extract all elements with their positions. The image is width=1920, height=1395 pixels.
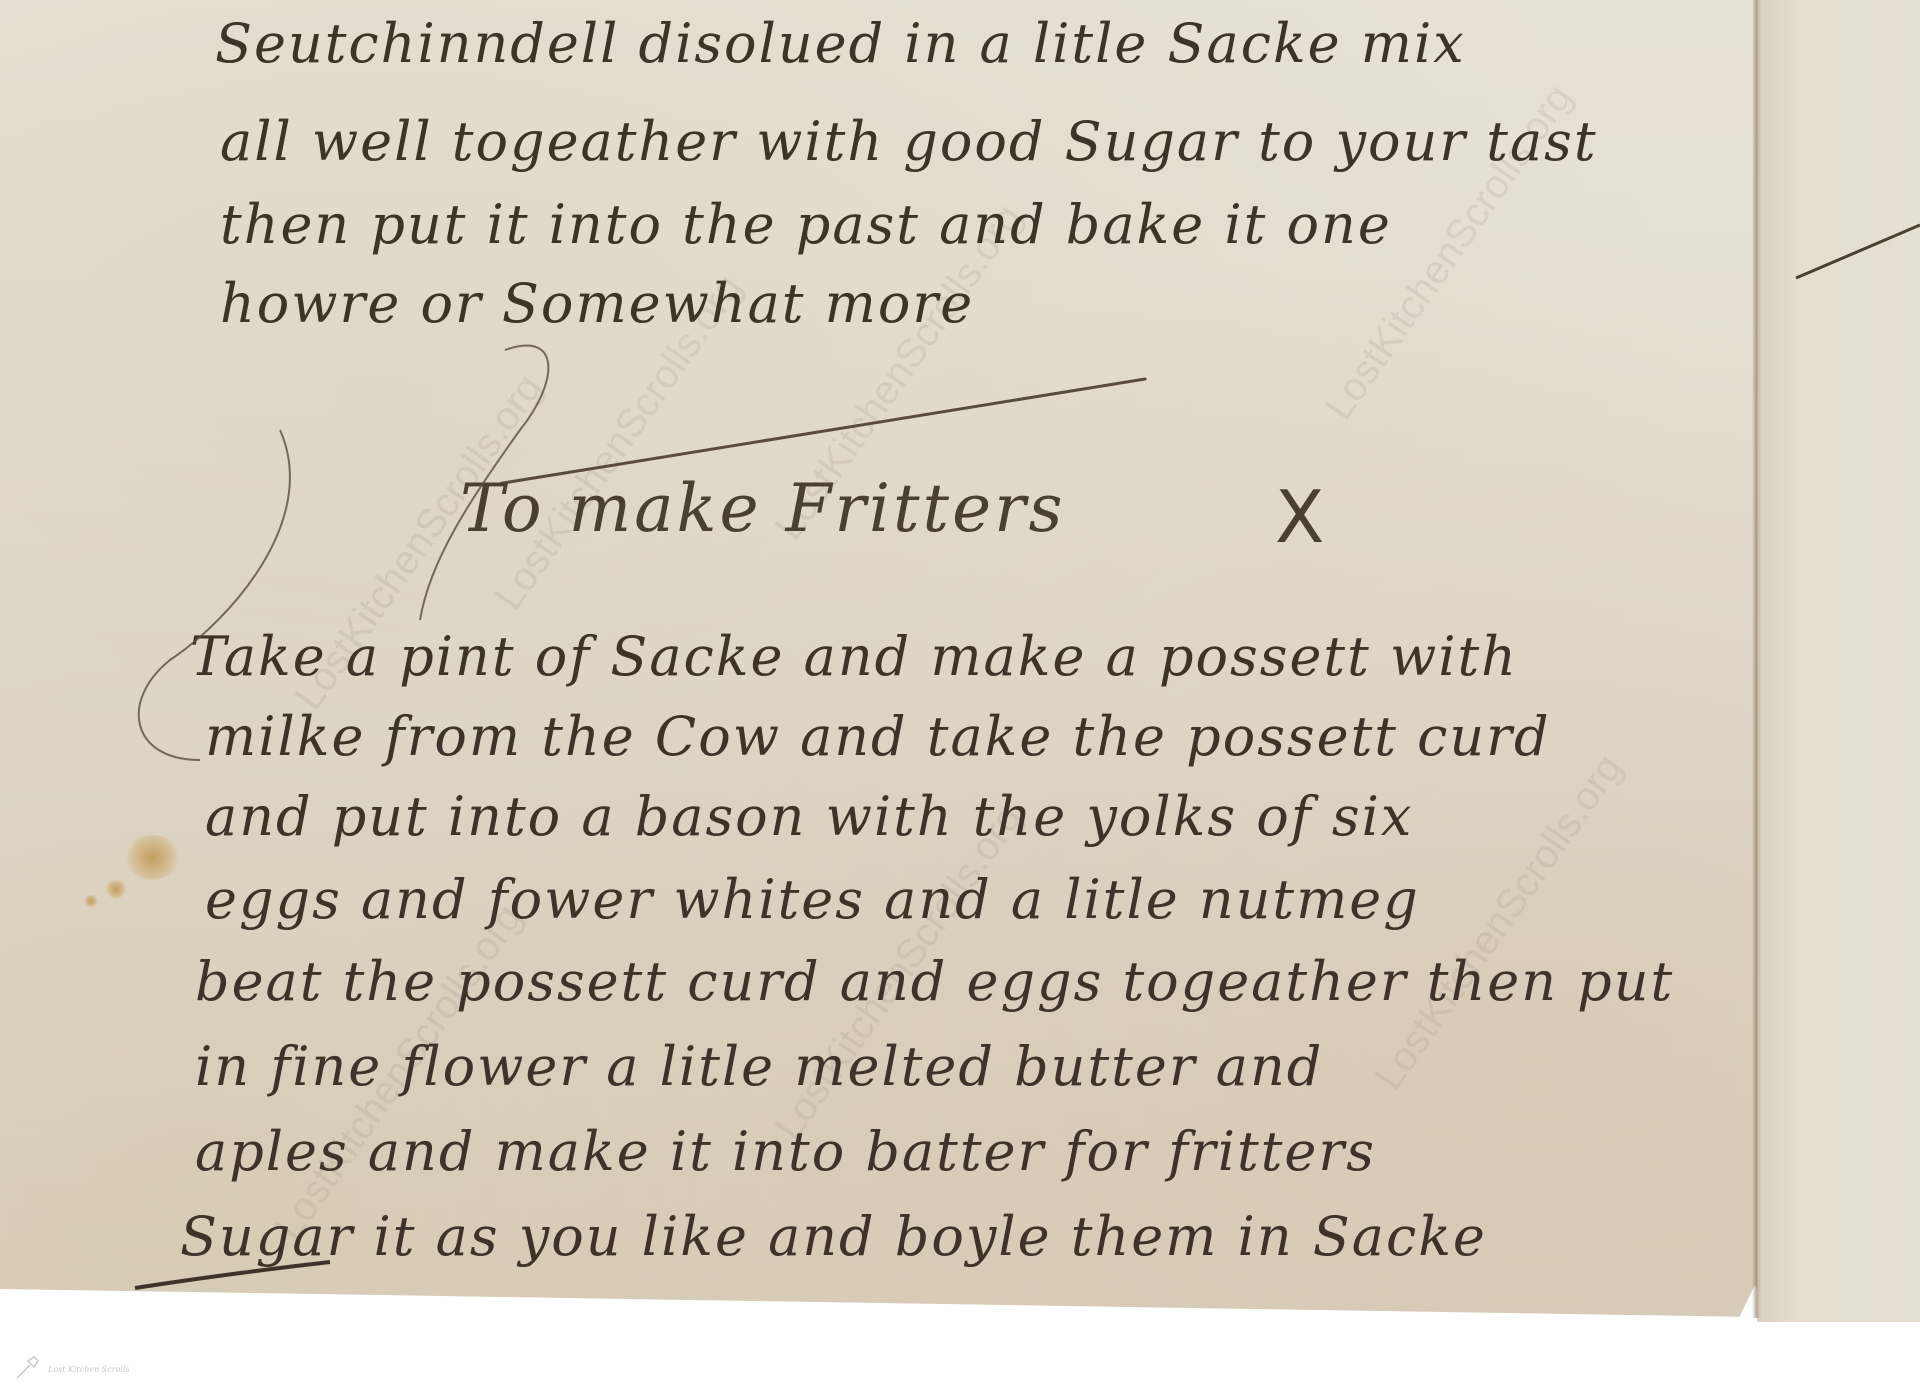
recipe-line: Sugar it as you like and boyle them in S… (180, 1205, 1487, 1268)
stain-spot (84, 895, 98, 907)
manuscript-line: all well togeather with good Sugar to yo… (220, 110, 1598, 173)
recipe-line: Take a pint of Sacke and make a possett … (190, 625, 1518, 688)
spatula-icon (14, 1355, 40, 1383)
facing-page-edge (1757, 0, 1920, 1322)
manuscript-line: Seutchinndell disolued in a litle Sacke … (215, 12, 1466, 75)
stain-spot (105, 880, 127, 898)
manuscript-line: then put it into the past and bake it on… (220, 193, 1392, 256)
manuscript-line: howre or Somewhat more (220, 272, 974, 335)
logo-text: Lost Kitchen Scrolls (48, 1365, 130, 1374)
cross-mark: X (1275, 475, 1324, 559)
recipe-line: and put into a bason with the yolks of s… (205, 785, 1413, 848)
recipe-line: eggs and fower whites and a litle nutmeg (205, 868, 1420, 931)
recipe-line: milke from the Cow and take the possett … (205, 705, 1551, 768)
recipe-line: aples and make it into batter for fritte… (195, 1120, 1376, 1183)
recipe-title: To make Fritters (460, 470, 1066, 547)
stain-spot (125, 835, 180, 880)
recipe-line: in fine flower a litle melted butter and (195, 1035, 1323, 1098)
recipe-line: beat the possett curd and eggs togeather… (195, 950, 1674, 1013)
site-logo: Lost Kitchen Scrolls (14, 1355, 130, 1383)
binding-gutter (1752, 0, 1762, 1318)
